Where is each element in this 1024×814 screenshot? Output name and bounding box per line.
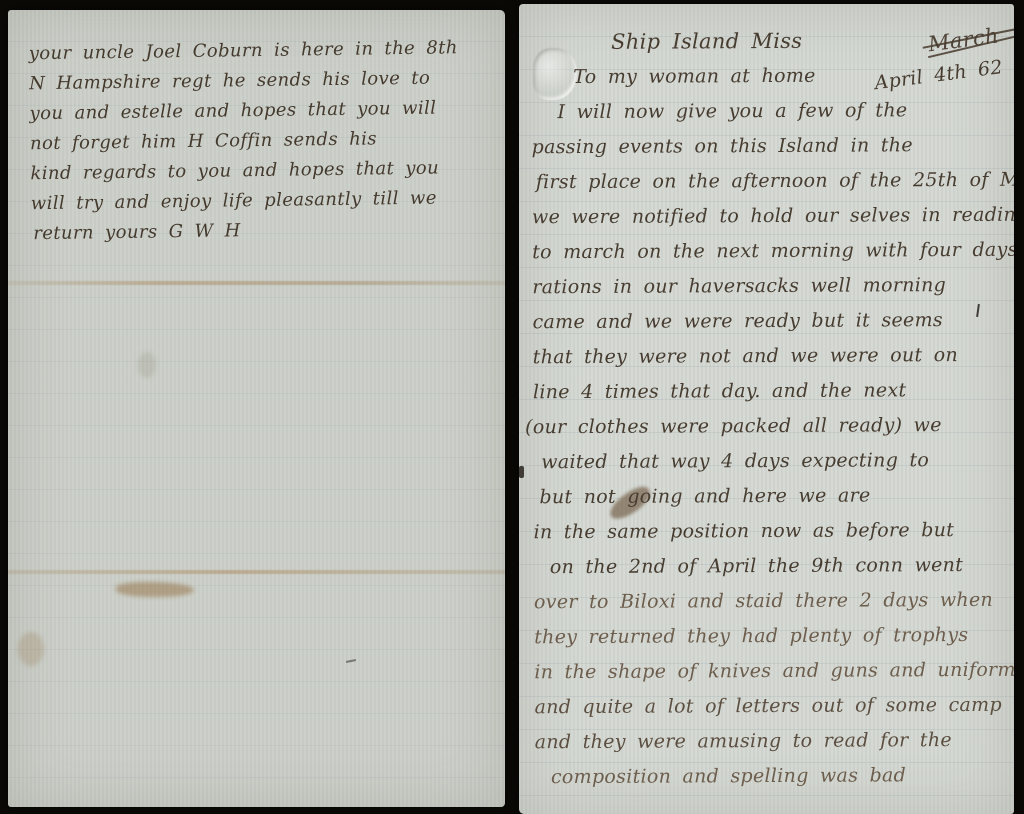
handwritten-line: and they were amusing to read for the bbox=[535, 723, 1009, 760]
handwritten-line: on the 2nd of April the 9th conn went bbox=[534, 548, 1008, 585]
fold-crease bbox=[8, 281, 505, 285]
handwritten-line: in the shape of knives and guns and unif… bbox=[534, 653, 1008, 690]
handwritten-line: we were notified to hold our selves in r… bbox=[532, 198, 1006, 235]
handwritten-line: will try and enjoy life pleasantly till … bbox=[31, 183, 491, 219]
handwritten-line: in the same position now as before but bbox=[534, 513, 1008, 550]
stain bbox=[116, 582, 194, 597]
letter-scan: your uncle Joel Coburn is here in the 8t… bbox=[0, 0, 1024, 814]
letter-heading: Ship Island Miss March bbox=[531, 23, 1005, 60]
stain bbox=[138, 352, 156, 378]
handwritten-line: rations in our haversacks well morning bbox=[532, 268, 1006, 305]
letter-page-left: your uncle Joel Coburn is here in the 8t… bbox=[8, 10, 505, 807]
handwritten-line: return yours G W H bbox=[31, 213, 491, 249]
left-page-text: your uncle Joel Coburn is here in the 8t… bbox=[29, 33, 492, 249]
handwritten-line: first place on the afternoon of the 25th… bbox=[532, 163, 1006, 200]
stain bbox=[18, 632, 44, 666]
handwritten-line: (our clothes were packed all ready) we bbox=[525, 408, 1007, 446]
handwritten-line: that they were not and we were out on bbox=[533, 338, 1007, 375]
handwritten-line: waited that way 4 days expecting to bbox=[533, 443, 1007, 480]
fold-crease bbox=[8, 570, 505, 574]
heading-salutation: To my woman at home bbox=[573, 59, 816, 95]
ink-speck bbox=[519, 466, 524, 478]
ink-speck bbox=[346, 659, 356, 663]
letter-salutation-row: To my woman at home April 4th 62 bbox=[531, 58, 1005, 95]
handwritten-line: and quite a lot of letters out of some c… bbox=[534, 688, 1008, 725]
handwritten-line: I will now give you a few of the bbox=[531, 93, 1005, 130]
handwritten-line: to march on the next morning with four d… bbox=[532, 233, 1006, 270]
handwritten-line: you and estelle and hopes that you will bbox=[29, 93, 489, 129]
handwritten-line: but not going and here we are bbox=[533, 478, 1007, 515]
handwritten-line: they returned they had plenty of trophys bbox=[534, 618, 1008, 655]
handwritten-line: came and we were ready but it seems bbox=[532, 303, 1006, 340]
handwritten-line: composition and spelling was bad bbox=[535, 758, 1009, 795]
heading-place: Ship Island Miss bbox=[611, 24, 802, 60]
handwritten-line: line 4 times that day. and the next bbox=[533, 373, 1007, 410]
right-page-text: Ship Island Miss March To my woman at ho… bbox=[531, 23, 1009, 795]
letter-page-right: Ship Island Miss March To my woman at ho… bbox=[519, 4, 1014, 814]
handwritten-line: passing events on this Island in the bbox=[532, 128, 1006, 165]
handwritten-line: over to Biloxi and staid there 2 days wh… bbox=[534, 583, 1008, 620]
